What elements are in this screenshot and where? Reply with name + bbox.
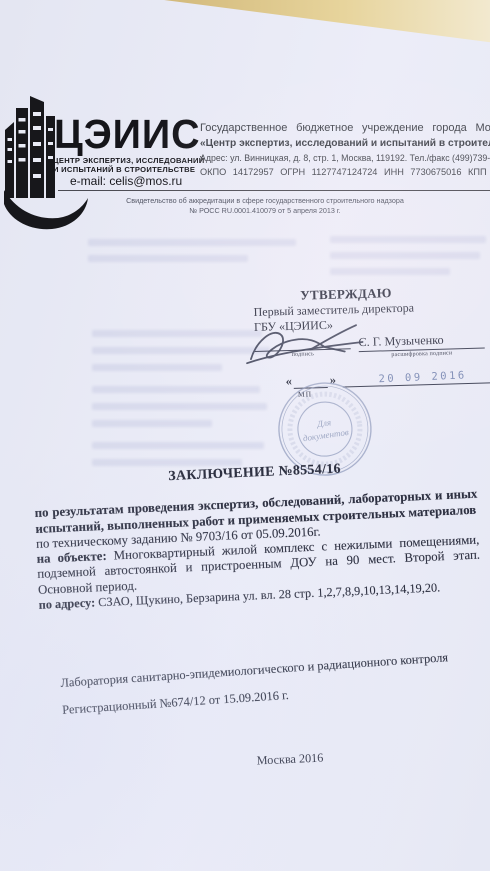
seal-text-line2: документов xyxy=(302,427,349,443)
bleed-through-line xyxy=(92,364,222,371)
bleed-through-line xyxy=(92,330,262,337)
bleed-through-line xyxy=(92,442,264,449)
bleed-through-line xyxy=(330,268,450,275)
accreditation-line2: № РОСС RU.0001.410079 от 5 апреля 2013 г… xyxy=(55,206,475,216)
document-body: ЗАКЛЮЧЕНИЕ №8554/16 по результатам прове… xyxy=(33,455,482,614)
name-field: С. Г. Музыченко расшифровка подписи xyxy=(358,332,485,360)
city-year: Москва 2016 xyxy=(170,747,410,772)
bleed-through-line xyxy=(92,386,260,393)
org-info-block: Государственное бюджетное учреждение гор… xyxy=(200,120,490,179)
laboratory-block: Лаборатория санитарно-эпидемиологическог… xyxy=(60,649,464,718)
logo-email: e-mail: celis@mos.ru xyxy=(70,174,182,188)
bleed-through-line xyxy=(92,420,212,427)
org-info-codes: ОКПО 14172957 ОГРН 1127747124724 ИНН 773… xyxy=(200,165,490,179)
seal-text-line1: Для xyxy=(316,417,332,429)
address-label: по адресу: xyxy=(38,595,95,611)
logo-org-name-line2: И ИСПЫТАНИЙ В СТРОИТЕЛЬСТВЕ xyxy=(53,166,205,175)
signature-row: подпись С. Г. Музыченко расшифровка подп… xyxy=(254,331,490,362)
org-info-line2: «Центр экспертиз, исследований и испытан… xyxy=(200,136,490,151)
bleed-through-line xyxy=(92,347,270,354)
bleed-through-line xyxy=(330,252,480,259)
logo-acronym: ЦЭИИС xyxy=(54,114,201,155)
bleed-through-line xyxy=(92,403,267,410)
org-info-address: Адрес: ул. Винницкая, д. 8, стр. 1, Моск… xyxy=(200,151,490,165)
letterhead-divider xyxy=(58,190,490,191)
desk-surface xyxy=(0,0,490,48)
accreditation-line1: Свидетельство об аккредитации в сфере го… xyxy=(55,196,475,206)
bleed-through-line xyxy=(330,236,486,243)
scanned-document-page: ЦЭИИС ЦЕНТР ЭКСПЕРТИЗ, ИССЛЕДОВАНИЙ И ИС… xyxy=(0,0,490,871)
org-info-line1: Государственное бюджетное учреждение гор… xyxy=(200,120,490,136)
logo-org-name: ЦЕНТР ЭКСПЕРТИЗ, ИССЛЕДОВАНИЙ И ИСПЫТАНИ… xyxy=(53,157,205,174)
accreditation-note: Свидетельство об аккредитации в сфере го… xyxy=(55,196,475,215)
object-label: на объекте: xyxy=(36,549,107,566)
bleed-through-line xyxy=(88,239,296,246)
date-stamp: 20 09 2016 xyxy=(378,369,467,385)
bleed-through-line xyxy=(88,255,248,262)
handwritten-signature-icon xyxy=(244,318,375,370)
